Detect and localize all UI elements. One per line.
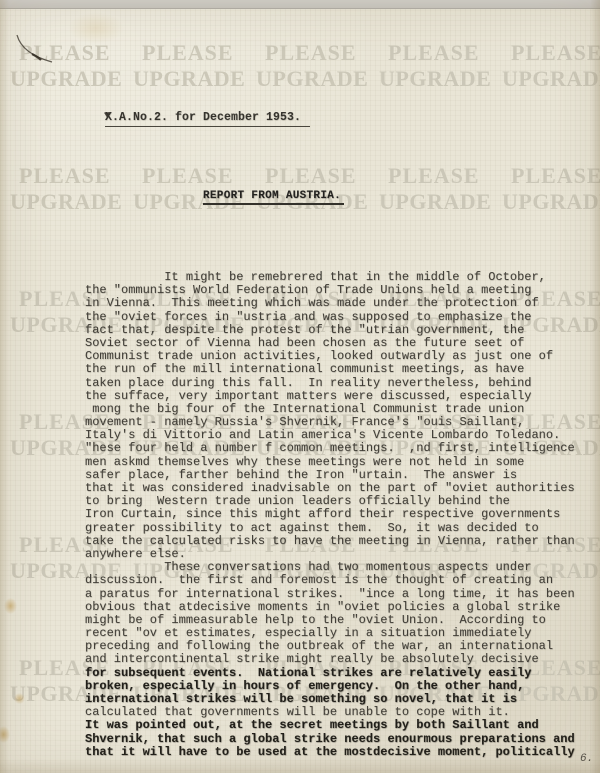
watermark-text: PLEASEUPGRADE: [379, 163, 499, 223]
stain-mark: [14, 693, 25, 704]
watermark-word-please: PLEASE: [19, 40, 111, 66]
watermark-text: PLEASEUPGRADE: [10, 163, 130, 223]
watermark-word-please: PLEASE: [511, 163, 600, 189]
text-line: Iron Curtain, since this might afford th…: [85, 508, 575, 521]
text-line: a paratus for international strikes. "in…: [85, 588, 575, 601]
reference-line: X.A.No.2. for December 1953.: [105, 111, 310, 127]
watermark-word-please: PLEASE: [142, 40, 234, 66]
watermark-word-upgrade: UPGRADE: [133, 66, 245, 92]
text-line: fact that, despite the protest of the "u…: [85, 324, 575, 337]
watermark-word-upgrade: UPGRADE: [10, 189, 122, 215]
watermark-text: PLEASEUPGRADE: [502, 163, 600, 223]
text-line: obvious that atdecisive moments in "ovie…: [85, 601, 575, 614]
text-line: "hese four held a number f common meetin…: [85, 442, 575, 455]
watermark-word-please: PLEASE: [265, 163, 357, 189]
watermark-word-upgrade: UPGRADE: [502, 189, 600, 215]
text-line: men askmd themselves why these meetings …: [85, 456, 575, 469]
document-body: It might be remebrered that in the middl…: [85, 271, 575, 759]
stain-mark: [0, 726, 10, 743]
watermark-word-upgrade: UPGRADE: [379, 66, 491, 92]
text-line: and intercontinental strike might really…: [85, 653, 575, 666]
text-line: the sufface, very important matters were…: [85, 390, 575, 403]
stain-mark: [68, 12, 124, 44]
text-line: the "oviet forces in "ustria and was sup…: [85, 311, 575, 324]
watermark-word-please: PLEASE: [142, 163, 234, 189]
text-line: the run of the mill international commun…: [85, 363, 575, 376]
watermark-word-please: PLEASE: [388, 40, 480, 66]
document-title: REPORT FROM AUSTRIA.: [203, 190, 344, 205]
text-line: take the calculated risks to have the me…: [85, 535, 575, 548]
watermark-text: PLEASEUPGRADE: [256, 40, 376, 100]
scanned-document-page: PLEASEUPGRADEPLEASEUPGRADEPLEASEUPGRADEP…: [0, 0, 600, 773]
watermark-text: PLEASEUPGRADE: [379, 40, 499, 100]
watermark-word-please: PLEASE: [19, 163, 111, 189]
scan-edge: [0, 0, 600, 9]
page-number: 6.: [580, 753, 593, 765]
text-line: greater possibility to act against them.…: [85, 522, 575, 535]
watermark-word-upgrade: UPGRADE: [379, 189, 491, 215]
text-line: taken place during this fall. In reality…: [85, 377, 575, 390]
watermark-word-upgrade: UPGRADE: [502, 66, 600, 92]
watermark-word-please: PLEASE: [511, 40, 600, 66]
watermark-text: PLEASEUPGRADE: [502, 40, 600, 100]
watermark-text: PLEASEUPGRADE: [10, 40, 130, 100]
text-line: discussion. the first and foremost is th…: [85, 574, 575, 587]
watermark-word-upgrade: UPGRADE: [256, 66, 368, 92]
text-line: in Vienna. This meeting which was made u…: [85, 297, 575, 310]
watermark-word-please: PLEASE: [265, 40, 357, 66]
watermark-word-upgrade: UPGRADE: [10, 66, 122, 92]
text-line: Shvernik, that such a global strike need…: [85, 733, 575, 746]
text-line: for subsequent events. National strikes …: [85, 667, 575, 680]
text-line: It was pointed out, at the secret meetin…: [85, 719, 575, 732]
stain-mark: [4, 598, 17, 614]
scratch-mark: [12, 32, 62, 68]
watermark-text: PLEASEUPGRADE: [133, 40, 253, 100]
text-line: that it will have to be used at the most…: [85, 746, 575, 759]
watermark-word-please: PLEASE: [388, 163, 480, 189]
